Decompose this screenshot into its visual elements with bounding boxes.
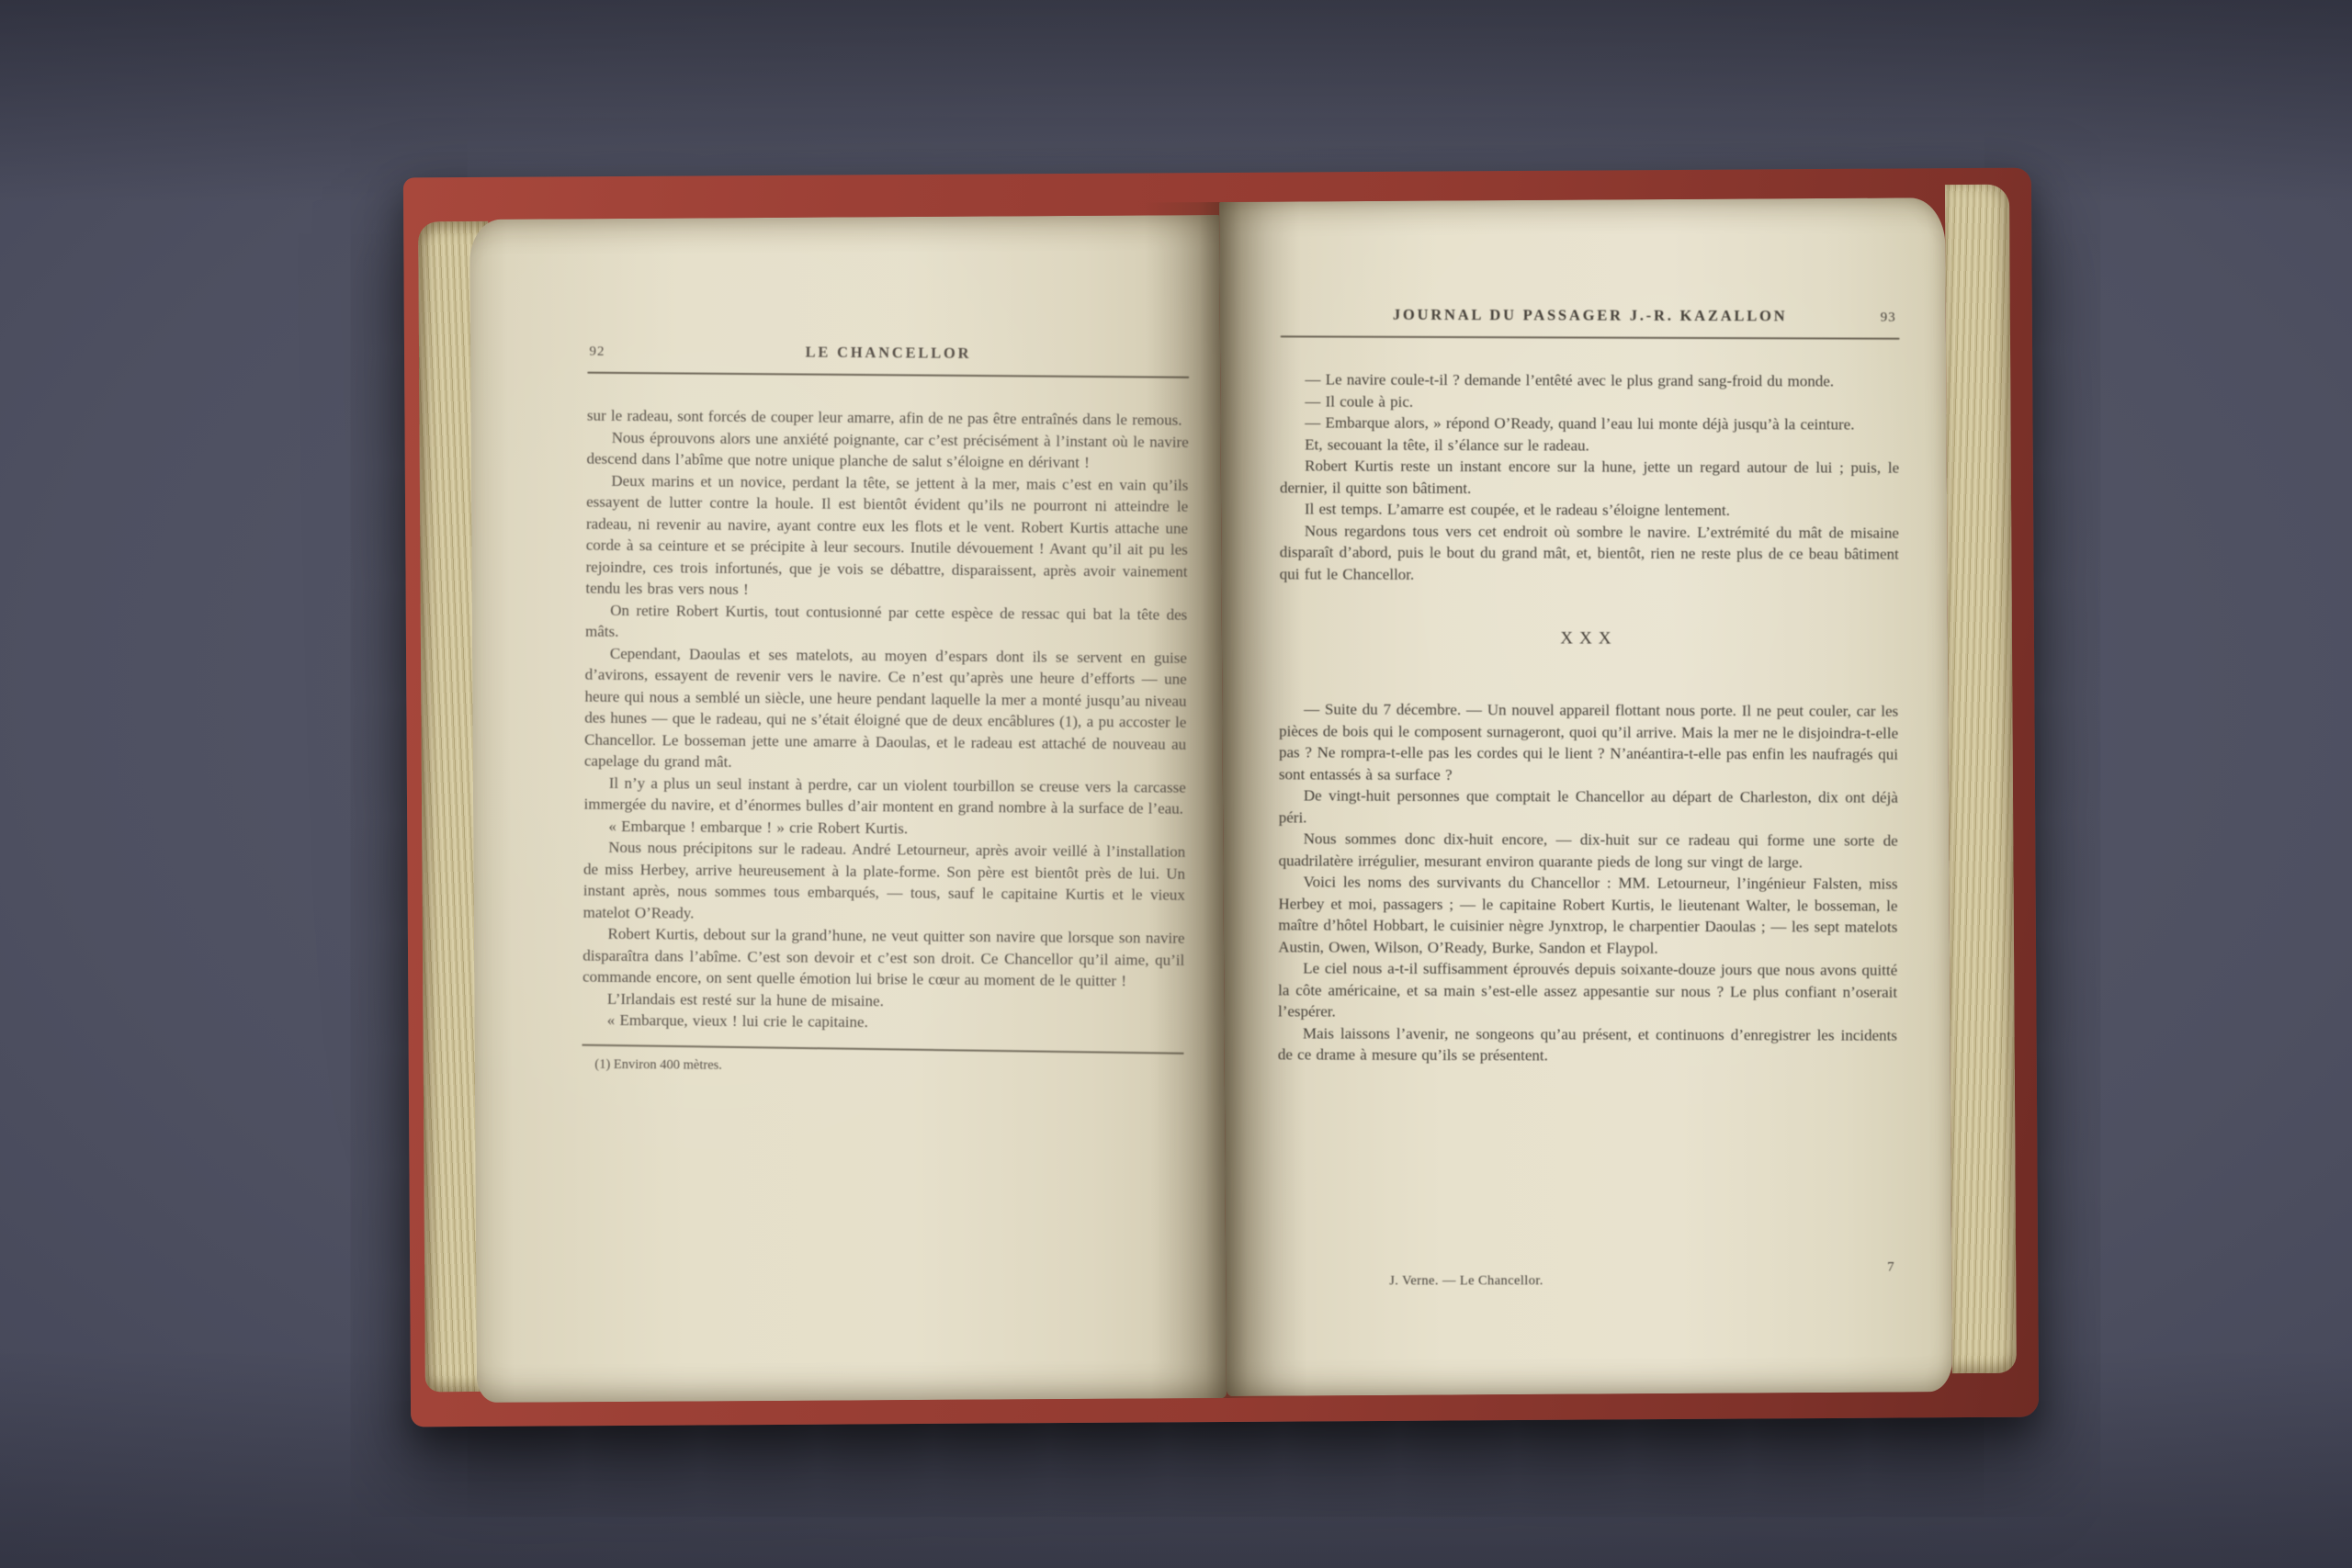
left-page-text: 92 LE CHANCELLOR sur le radeau, sont for… — [582, 342, 1189, 1077]
open-book: 92 LE CHANCELLOR sur le radeau, sont for… — [403, 168, 2039, 1427]
header-rule-left — [587, 372, 1189, 378]
right-page-header: JOURNAL DU PASSAGER J.-R. KAZALLON 93 — [1281, 305, 1900, 331]
chapter-heading: XXX — [1279, 627, 1898, 649]
paragraph: Et, secouant la tête, il s’élance sur le… — [1280, 434, 1899, 457]
left-page-header: 92 LE CHANCELLOR — [587, 342, 1189, 370]
paragraph: — Suite du 7 décembre. — Un nouvel appar… — [1279, 698, 1898, 786]
paragraph: — Le navire coule-t-il ? demande l’entêt… — [1280, 368, 1899, 392]
running-title-left: LE CHANCELLOR — [587, 342, 1189, 365]
right-page-body-bottom: — Suite du 7 décembre. — Un nouvel appar… — [1278, 698, 1898, 1067]
paragraph: Le ciel nous a-t-il suffisamment éprouvé… — [1278, 957, 1897, 1024]
page-number-right: 93 — [1881, 310, 1896, 326]
paragraph: Deux marins et un novice, perdant la têt… — [585, 469, 1188, 604]
right-page-text: JOURNAL DU PASSAGER J.-R. KAZALLON 93 — … — [1278, 305, 1900, 1067]
footnote-rule — [582, 1043, 1184, 1054]
gathering-number: 7 — [1887, 1260, 1894, 1276]
right-page: JOURNAL DU PASSAGER J.-R. KAZALLON 93 — … — [1219, 197, 1952, 1396]
paragraph: Nous nous précipitons sur le radeau. And… — [583, 837, 1186, 928]
paragraph: Nous regardons tous vers cet endroit où … — [1280, 520, 1899, 587]
paragraph: On retire Robert Kurtis, tout contusionn… — [585, 599, 1187, 647]
page-number-left: 92 — [589, 344, 605, 360]
paragraph: — Embarque alors, » répond O’Ready, quan… — [1280, 412, 1899, 435]
paragraph: Nous éprouvons alors une anxiété poignan… — [586, 426, 1188, 474]
header-rule-right — [1281, 335, 1900, 339]
paragraph: Robert Kurtis reste un instant encore su… — [1280, 455, 1899, 500]
paragraph: Cependant, Daoulas et ses matelots, au m… — [584, 642, 1187, 776]
photo-backdrop: { "colors": { "background": "#4e5061", "… — [0, 0, 2352, 1568]
running-title-right: JOURNAL DU PASSAGER J.-R. KAZALLON — [1281, 305, 1900, 325]
left-page-body: sur le radeau, sont forcés de couper leu… — [582, 405, 1189, 1036]
right-page-body-top: — Le navire coule-t-il ? demande l’entêt… — [1280, 368, 1900, 586]
paragraph: Robert Kurtis, debout sur la grand’hune,… — [582, 923, 1185, 993]
footnote: (1) Environ 400 mètres. — [582, 1057, 1183, 1077]
paragraph: Nous sommes donc dix-huit encore, — dix-… — [1279, 828, 1898, 873]
paragraph: Il est temps. L’amarre est coupée, et le… — [1280, 498, 1899, 522]
left-page: 92 LE CHANCELLOR sur le radeau, sont for… — [469, 215, 1227, 1403]
page-edges-right — [1945, 185, 2017, 1373]
paragraph: — Il coule à pic. — [1280, 390, 1899, 414]
paragraph: « Embarque, vieux ! lui crie le capitain… — [582, 1010, 1184, 1036]
paragraph: Mais laissons l’avenir, ne songeons qu’a… — [1278, 1022, 1897, 1067]
paragraph: De vingt-huit personnes que comptait le … — [1279, 784, 1898, 829]
paragraph: Il n’y a plus un seul instant à perdre, … — [583, 772, 1185, 819]
paragraph: Voici les noms des survivants du Chancel… — [1278, 871, 1897, 959]
printer-signature: J. Verne. — Le Chancellor. — [1389, 1273, 1543, 1289]
